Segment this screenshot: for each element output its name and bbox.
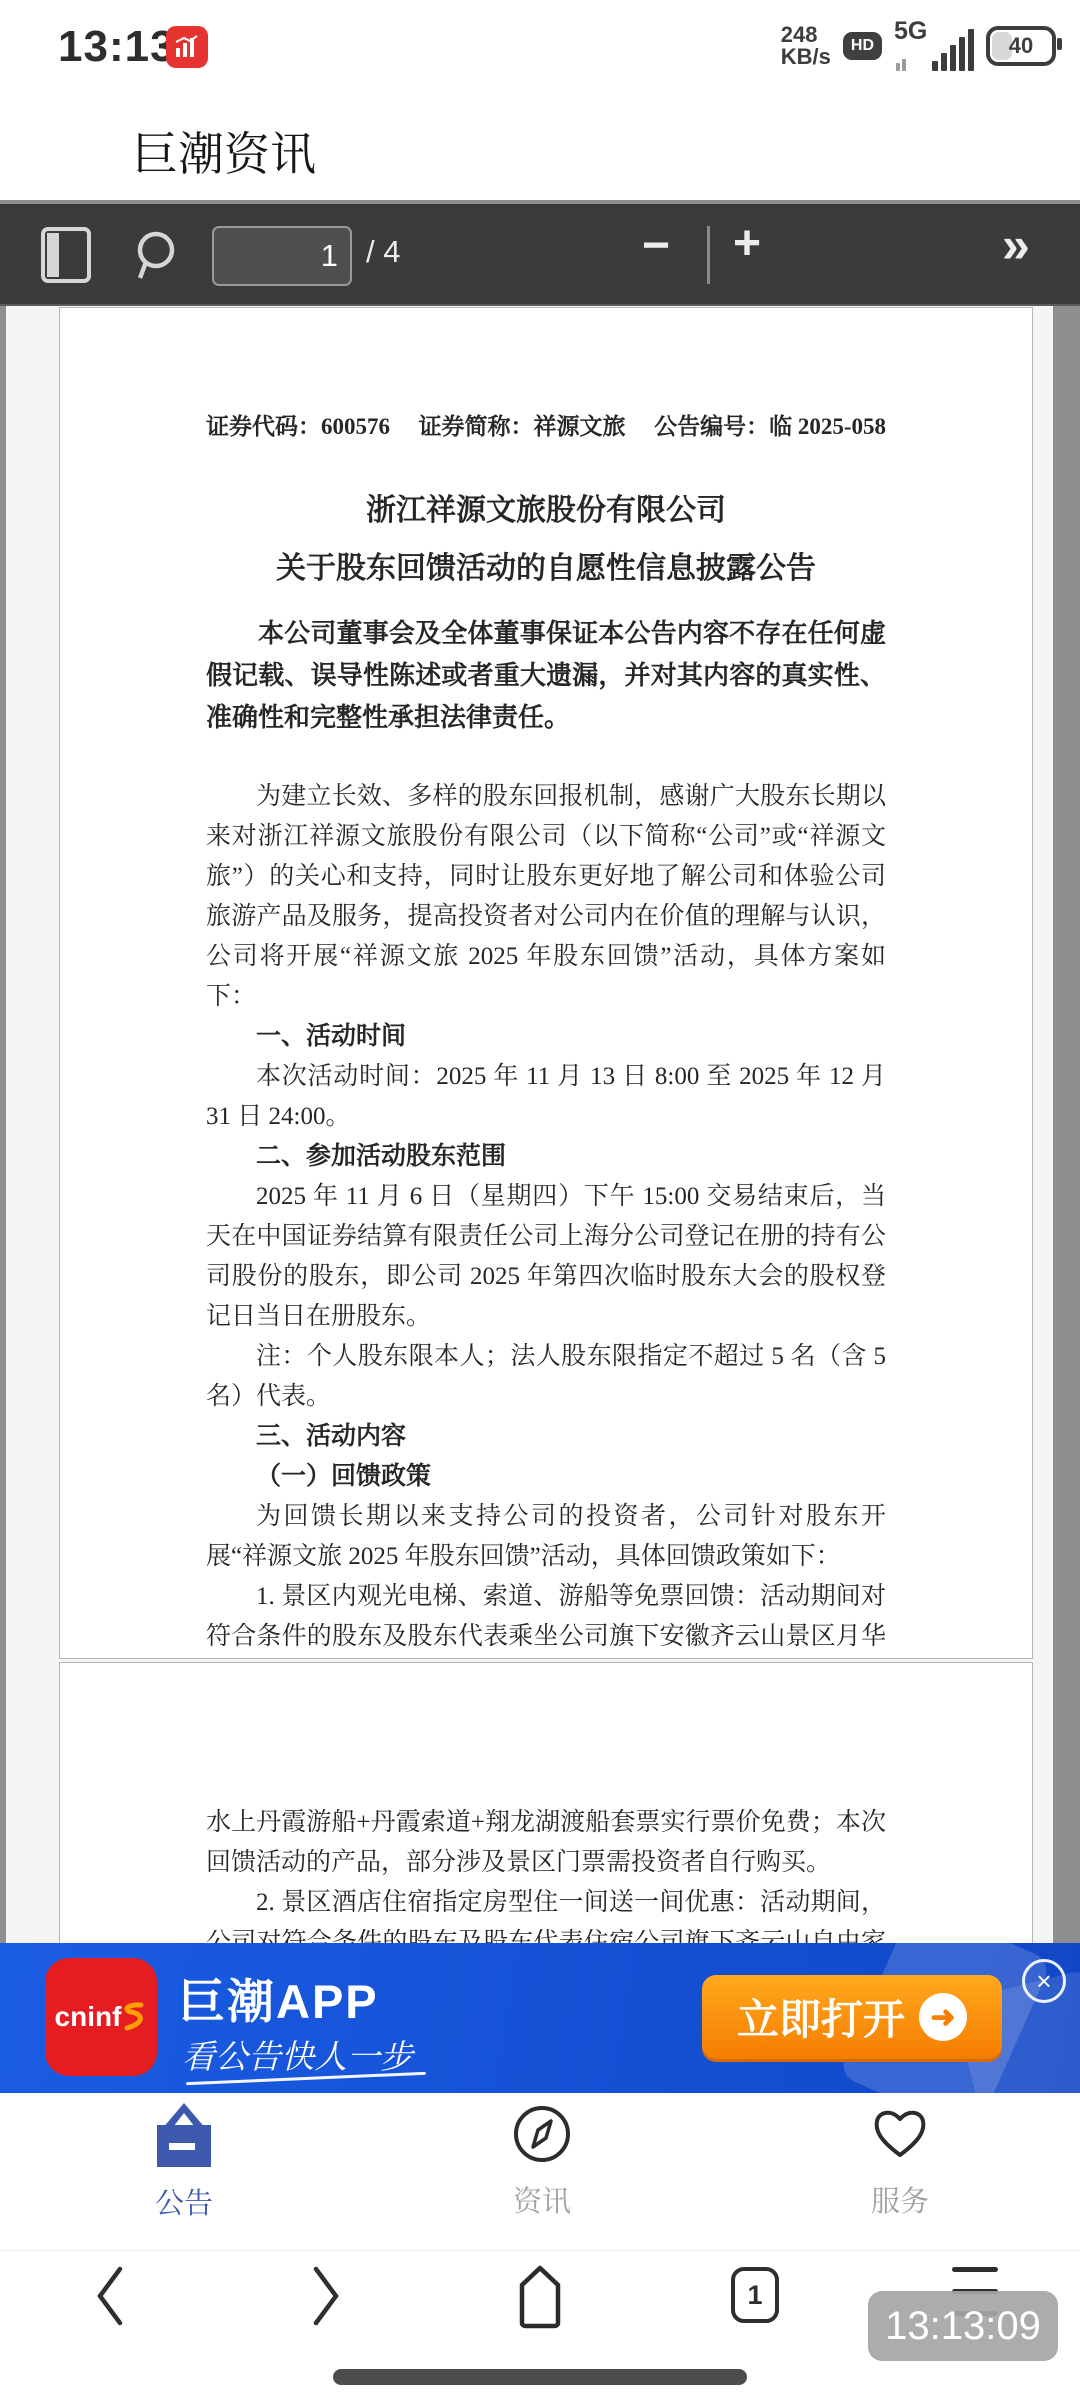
notice-number: 公告编号：临 2025-058 xyxy=(654,408,886,441)
viewer-right-margin xyxy=(1053,306,1080,2093)
document-title-line1: 浙江祥源文旅股份有限公司 xyxy=(206,485,886,529)
zoom-out-button[interactable]: − xyxy=(642,218,670,273)
more-tools-button[interactable]: » xyxy=(1002,216,1026,274)
secondary-signal-icon xyxy=(896,59,906,71)
page-count-label: / 4 xyxy=(366,234,400,270)
bottom-navigation: 公告 资讯 服务 xyxy=(0,2093,1080,2250)
document-paragraph: （一）回馈政策 xyxy=(206,1457,886,1497)
network-type-label: 5G xyxy=(894,17,927,46)
document-paragraph: 水上丹霞游船+丹霞索道+翔龙湖渡船套票实行票价免费；本次回馈活动的产品，部分涉及… xyxy=(206,1803,886,1883)
notification-app-icon xyxy=(166,26,208,68)
screen-timestamp-overlay: 13:13:09 xyxy=(868,2291,1058,2361)
banner-close-icon[interactable]: × xyxy=(1022,1959,1066,2003)
pdf-toolbar: / 4 − + » xyxy=(0,200,1080,306)
document-paragraph: 二、参加活动股东范围 xyxy=(206,1137,886,1177)
toolbar-divider xyxy=(707,226,710,284)
battery-icon: 40 xyxy=(986,26,1056,66)
chart-glyph-icon xyxy=(174,34,200,60)
find-in-document-icon[interactable] xyxy=(132,228,186,284)
banner-app-name: 巨潮APP xyxy=(178,1965,379,2032)
cninfo-logo: cninf xyxy=(45,1958,157,2076)
cninfo-swirl-icon xyxy=(123,2002,147,2032)
home-icon[interactable] xyxy=(512,2263,568,2329)
battery-percent: 40 xyxy=(1009,33,1033,59)
tab-label: 资讯 xyxy=(513,2179,571,2220)
pdf-viewer[interactable]: 证券代码：600576 证券简称：祥源文旅 公告编号：临 2025-058 浙江… xyxy=(0,306,1080,2093)
tab-label: 公告 xyxy=(155,2181,213,2222)
status-bar: 13:13 248 KB/s HD 5G 40 xyxy=(0,0,1080,90)
signal-indicator: 5G xyxy=(894,17,974,75)
recents-icon[interactable]: 1 xyxy=(731,2267,779,2323)
compass-icon xyxy=(511,2103,573,2165)
app-promo-banner[interactable]: cninf 巨潮APP 看公告快人一步 立即打开 ➜ × xyxy=(0,1943,1080,2093)
zoom-in-button[interactable]: + xyxy=(733,216,761,271)
security-code: 证券代码：600576 xyxy=(206,408,390,441)
document-paragraph: 一、活动时间 xyxy=(206,1017,886,1057)
document-paragraph: 注：个人股东限本人；法人股东限指定不超过 5 名（含 5 名）代表。 xyxy=(206,1337,886,1417)
forward-icon[interactable] xyxy=(310,2265,344,2327)
tab-services[interactable]: 服务 xyxy=(800,2103,1000,2220)
document-paragraph: 为建立长效、多样的股东回报机制，感谢广大股东长期以来对浙江祥源文旅股份有限公司（… xyxy=(206,777,886,1017)
open-app-label: 立即打开 xyxy=(737,1987,905,2047)
document-paragraph: 2025 年 11 月 6 日（星期四）下午 15:00 交易结束后，当天在中国… xyxy=(206,1177,886,1337)
banner-tagline: 看公告快人一步 xyxy=(182,2031,413,2078)
pdf-page-1: 证券代码：600576 证券简称：祥源文旅 公告编号：临 2025-058 浙江… xyxy=(59,307,1033,1659)
open-app-button[interactable]: 立即打开 ➜ xyxy=(702,1975,1002,2059)
announcement-icon xyxy=(155,2103,213,2167)
cninfo-logo-text: cninf xyxy=(55,2001,122,2033)
sidebar-toggle-icon[interactable] xyxy=(40,226,92,284)
document-paragraph: 本次活动时间：2025 年 11 月 13 日 8:00 至 2025 年 12… xyxy=(206,1057,886,1137)
arrow-right-icon: ➜ xyxy=(919,1993,967,2041)
tab-label: 服务 xyxy=(871,2179,929,2220)
page-title: 巨潮资讯 xyxy=(132,118,316,184)
document-header-row: 证券代码：600576 证券简称：祥源文旅 公告编号：临 2025-058 xyxy=(206,408,886,441)
clock: 13:13 xyxy=(58,22,176,72)
page-number-input[interactable] xyxy=(212,226,352,286)
document-paragraph: 为回馈长期以来支持公司的投资者，公司针对股东开展“祥源文旅 2025 年股东回馈… xyxy=(206,1497,886,1577)
security-abbr: 证券简称：祥源文旅 xyxy=(419,408,626,441)
back-icon[interactable] xyxy=(92,2265,126,2327)
document-title-line2: 关于股东回馈活动的自愿性信息披露公告 xyxy=(206,543,886,587)
gesture-bar[interactable] xyxy=(333,2369,747,2385)
system-navigation-bar: 1 13:13:09 xyxy=(0,2250,1080,2400)
heart-icon xyxy=(869,2103,931,2165)
document-body-page1: 本公司董事会及全体董事保证本公告内容不存在任何虚假记载、误导性陈述或者重大遗漏，… xyxy=(206,613,886,1817)
app-bar: 巨潮资讯 xyxy=(0,90,1080,200)
document-paragraph: 三、活动内容 xyxy=(206,1417,886,1457)
tab-news[interactable]: 资讯 xyxy=(442,2103,642,2220)
document-paragraph: 本公司董事会及全体董事保证本公告内容不存在任何虚假记载、误导性陈述或者重大遗漏，… xyxy=(206,613,886,739)
viewer-left-margin xyxy=(0,306,6,2093)
network-speed: 248 KB/s xyxy=(781,24,831,68)
hd-badge: HD xyxy=(843,32,882,60)
signal-bars-icon xyxy=(932,29,974,71)
tab-announcements[interactable]: 公告 xyxy=(84,2103,284,2222)
